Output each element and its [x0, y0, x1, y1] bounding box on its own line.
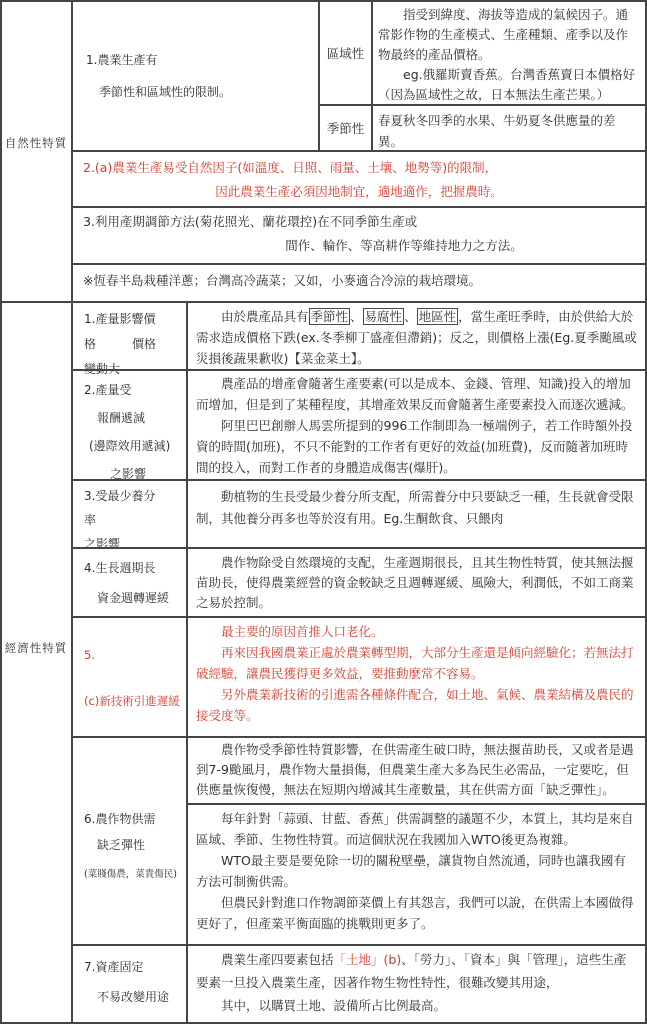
economic-row4-bottom	[71, 616, 647, 618]
economic-item5-label: 5. (c)新技術引進遲緩	[84, 644, 186, 712]
economic-label-divider	[186, 301, 188, 1024]
natural-item1-label: 1.農業生產有 季節性和區域性的限制。	[86, 44, 316, 108]
economic-item6-cellA-p1: 農作物受季節性特質影響，在供需產生破口時，無法揠苗助長，又或者是遇到7-9颱風月…	[196, 740, 637, 800]
economic-item5-label-l2: (c)新技術引進遲緩	[84, 690, 186, 712]
economic-item7-content: 農業生產四要素包括「土地」(b)、「勞力」、「資本」與「管理」，這些生產要素一旦…	[188, 948, 645, 1017]
economic-item1-paragraph: 由於農產品具有季節性、易腐性、地區性，當生產旺季時，由於供給大於需求造成價格下跌…	[196, 306, 637, 369]
economic-item4-label: 4.生長週期長 資金週轉遲緩	[84, 553, 194, 613]
economic-item6-label: 6.農作物供需 缺乏彈性 (菜賤傷農，菜貴傷民)	[84, 806, 194, 888]
item7-red-term-land: 「土地」(b)	[334, 952, 402, 967]
term-column-divider	[371, 0, 373, 150]
economic-row5-bottom	[71, 736, 647, 738]
economic-item7-p2: 其中，以購買土地、設備所占比例最高。	[196, 994, 637, 1017]
item1-separator1: 、	[350, 309, 363, 324]
economic-item2-label: 2.產量受 報酬遞減 (邊際效用遞減) 之影響	[84, 376, 186, 488]
economic-item2-label-l1: 2.產量受	[84, 376, 186, 404]
natural-item1-label-line2: 季節性和區域性的限制。	[86, 76, 316, 108]
economic-item7-label: 7.資產固定 不易改變用途	[84, 952, 194, 1012]
natural-row1-bottom	[71, 150, 647, 152]
natural-section-category: 自然性特質	[4, 135, 68, 151]
economic-item2-p2: 阿里巴巴創辦人馬雲所提到的996工作制即為一極端例子，若工作時額外投資的時間(加…	[196, 415, 637, 478]
item1-separator2: 、	[404, 309, 417, 324]
economic-item2-p1: 農產品的增產會隨著生產要素(可以是成本、金錢、管理、知識)投入的增加而增加，但是…	[196, 373, 637, 415]
regional-description: 指受到緯度、海拔等造成的氣候因子。通常影作物的生產模式、生產種類、產季以及作物最…	[378, 5, 638, 65]
economic-item4-content: 農作物除受自然環境的支配，生產週期很長，且其生物性特質，使其無法揠苗助長，使得農…	[188, 553, 645, 613]
seasonal-term-cell: 季節性	[320, 106, 371, 150]
seasonal-description: 春夏秋冬四季的水果、牛奶夏冬供應量的差異。	[378, 110, 638, 152]
economic-item5-label-l1: 5.	[84, 644, 186, 666]
item1-text-prefix: 由於農產品具有	[221, 309, 309, 324]
economic-item1-label-l2: 格 價格	[84, 332, 186, 357]
natural-item3-line1: 3.利用產期調節方法(菊花照光、蘭花環控)在不同季節生產或	[83, 210, 635, 234]
economic-item2-label-l3: (邊際效用遞減)	[84, 432, 186, 460]
boxed-term-regionality: 地區性	[417, 308, 459, 325]
item7-text-pre: 農業生產四要素包括	[221, 952, 334, 967]
natural-note: ※恆春半島栽種洋蔥；台灣高冷蔬菜；又如，小麥適合冷涼的栽培環境。	[83, 270, 635, 292]
economic-row6-inner-divider	[186, 803, 647, 805]
economic-row6-bottom	[71, 944, 647, 946]
natural-item2-line2: 因此農業生產必須因地制宜，適地適作，把握農時。	[83, 180, 635, 204]
seasonal-description-cell: 春夏秋冬四季的水果、牛奶夏冬供應量的差異。	[373, 110, 643, 152]
natural-item1-label-line1: 1.農業生產有	[86, 44, 316, 76]
economic-item3-label-l2: 率	[84, 508, 186, 532]
economic-item5-p3: 另外農業新技術的引進需各種條件配合，如土地、氣候、農業結構及農民的接受度等。	[196, 684, 637, 726]
economic-item2-content: 農產品的增產會隨著生產要素(可以是成本、金錢、管理、知識)投入的增加而增加，但是…	[188, 373, 645, 478]
economic-item3-label-l1: 3.受最少養分	[84, 484, 186, 508]
economic-item6-cellB-p3: 但農民針對進口作物調節菜價上有其怨言，我們可以說，在供需上本國做得更好了，但產業…	[196, 892, 637, 934]
column1-divider	[71, 0, 73, 1024]
economic-row2-bottom	[71, 479, 647, 481]
economic-item5-p1: 最主要的原因首推人口老化。	[196, 621, 637, 642]
economic-item7-p1: 農業生產四要素包括「土地」(b)、「勞力」、「資本」與「管理」，這些生產要素一旦…	[196, 948, 637, 994]
economic-item6-label-l3: (菜賤傷農，菜貴傷民)	[84, 862, 194, 888]
economic-item5-p2: 再來因我國農業正處於農業轉型期，大部分生產還是傾向經驗化；若無法打破經驗，讓農民…	[196, 642, 637, 684]
economic-item6-cellA: 農作物受季節性特質影響，在供需產生破口時，無法揠苗助長，又或者是遇到7-9颱風月…	[188, 740, 645, 800]
economic-section-category: 經濟性特質	[4, 640, 68, 656]
economic-item3-p1: 動植物的生長受最少養分所支配，所需養分中只要缺乏一種，生長就會受限制，其他養分再…	[196, 486, 637, 530]
natural-item2-line1: 2.(a)農業生產易受自然因子(如溫度、日照、雨量、土壤、地勢等)的限制，	[83, 156, 635, 180]
row1-label-divider	[318, 0, 320, 150]
natural-row3-bottom	[71, 263, 647, 265]
economic-item6-cellB-p2: WTO最主要是要免除一切的關稅壁壘，讓貨物自然流通，同時也讓我國有方法可制衡供需…	[196, 850, 637, 892]
boxed-term-seasonality: 季節性	[309, 308, 351, 325]
economic-item4-label-l1: 4.生長週期長	[84, 553, 194, 583]
natural-item2-cell: 2.(a)農業生產易受自然因子(如溫度、日照、雨量、土壤、地勢等)的限制， 因此…	[73, 156, 645, 204]
agriculture-notes-table: 自然性特質 經濟性特質 1.農業生產有 季節性和區域性的限制。 區域性 指受到緯…	[0, 0, 647, 1024]
regional-example: eg.俄羅斯賣香蕉。台灣香蕉賣日本價格好（因為區域性之故，日本無法生產芒果。）	[378, 65, 638, 105]
economic-item6-label-l1: 6.農作物供需	[84, 806, 194, 832]
economic-row3-bottom	[71, 547, 647, 549]
economic-item6-cellB-p1: 每年針對「蒜頭、甘藍、香蕉」供需調整的議題不少，本質上，其均是來自區域、季節、生…	[196, 808, 637, 850]
economic-item7-label-l2: 不易改變用途	[84, 982, 194, 1012]
natural-item3-cell: 3.利用產期調節方法(菊花照光、蘭花環控)在不同季節生產或 間作、輪作、等高耕作…	[73, 210, 645, 258]
economic-item3-content: 動植物的生長受最少養分所支配，所需養分中只要缺乏一種，生長就會受限制，其他養分再…	[188, 486, 645, 530]
economic-item3-label: 3.受最少養分 率 之影響	[84, 484, 186, 556]
natural-note-cell: ※恆春半島栽種洋蔥；台灣高冷蔬菜；又如，小麥適合冷涼的栽培環境。	[73, 270, 645, 292]
economic-row1-bottom	[71, 369, 647, 371]
seasonal-term: 季節性	[327, 119, 365, 137]
boxed-term-perishability: 易腐性	[363, 308, 405, 325]
natural-row2-bottom	[71, 206, 647, 208]
economic-item4-p1: 農作物除受自然環境的支配，生產週期很長，且其生物性特質，使其無法揠苗助長，使得農…	[196, 553, 637, 613]
natural-item3-line2: 間作、輪作、等高耕作等維持地力之方法。	[173, 234, 635, 258]
economic-item1-label-l1: 1.產量影響價	[84, 307, 186, 332]
economic-item6-label-l2: 缺乏彈性	[84, 832, 194, 858]
economic-item1-content: 由於農產品具有季節性、易腐性、地區性，當生產旺季時，由於供給大於需求造成價格下跌…	[188, 306, 645, 369]
economic-item5-content: 最主要的原因首推人口老化。 再來因我國農業正處於農業轉型期，大部分生產還是傾向經…	[188, 621, 645, 726]
regional-seasonal-divider	[318, 104, 647, 106]
regional-description-cell: 指受到緯度、海拔等造成的氣候因子。通常影作物的生產模式、生產種類、產季以及作物最…	[373, 5, 643, 105]
economic-item6-cellB: 每年針對「蒜頭、甘藍、香蕉」供需調整的議題不少，本質上，其均是來自區域、季節、生…	[188, 808, 645, 934]
economic-item2-label-l2: 報酬遞減	[84, 404, 186, 432]
economic-item7-label-l1: 7.資產固定	[84, 952, 194, 982]
regional-term-cell: 區域性	[320, 0, 371, 106]
regional-term: 區域性	[327, 44, 365, 62]
economic-item4-label-l2: 資金週轉遲緩	[84, 583, 194, 613]
section-divider	[0, 301, 647, 303]
